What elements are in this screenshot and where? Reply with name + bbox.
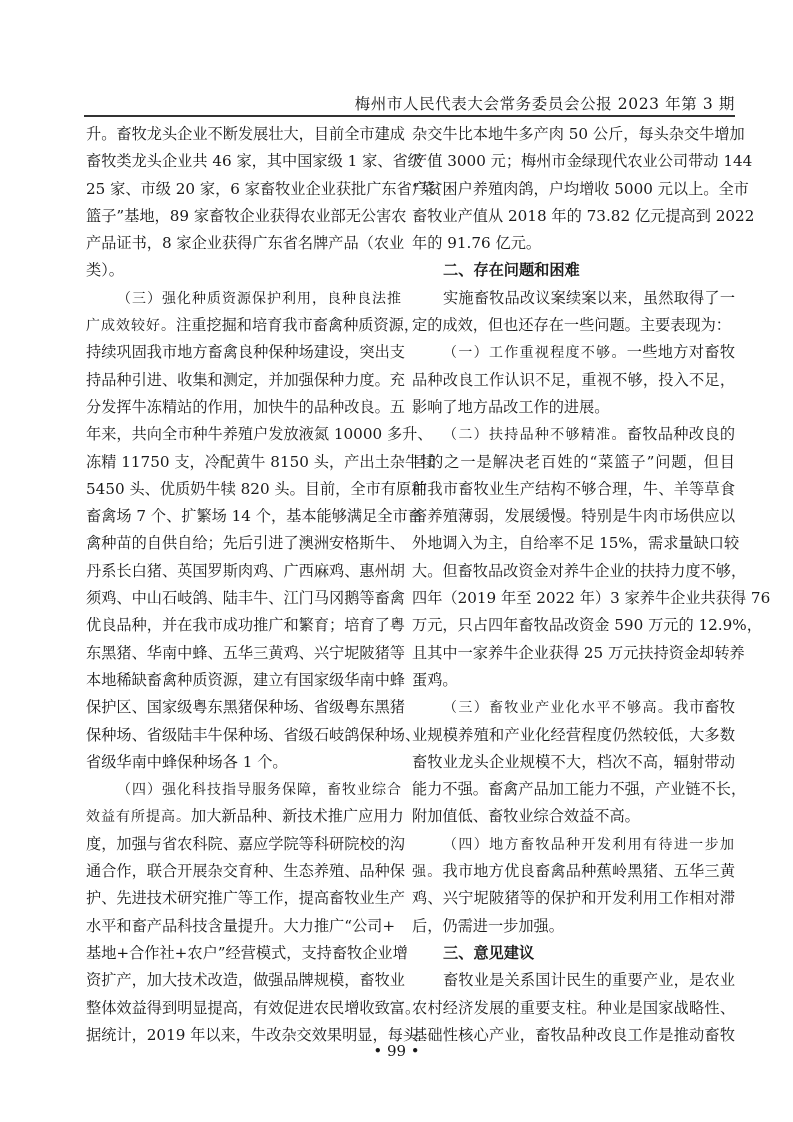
- paragraph-line: 万元，只占四年畜牧品改资金 590 万元的 12.9%，: [412, 612, 735, 639]
- paragraph-line: 通合作，联合开展杂交育种、生态养殖、品种保: [86, 858, 389, 885]
- paragraph-line: 保护区、国家级粤东黑猪保种场、省级粤东黑猪: [86, 694, 389, 721]
- paragraph-line: 资扩产，加大技术改造，做强品牌规模，畜牧业: [86, 967, 389, 994]
- paragraph-line: 畜牧业是关系国计民生的重要产业，是农业: [412, 967, 735, 994]
- paragraph-line: 分发挥牛冻精站的作用，加快牛的品种改良。五: [86, 394, 389, 421]
- paragraph-line: 基地+合作社+农户”经营模式，支持畜牧企业增: [86, 940, 389, 967]
- paragraph-line: 畜牧业产值从 2018 年的 73.82 亿元提高到 2022: [412, 203, 735, 230]
- paragraph-line: 大。但畜牧品改资金对养牛企业的扶持力度不够，: [412, 558, 735, 585]
- paragraph-line: 畜禽场 7 个、扩繁场 14 个，基本能够满足全市畜: [86, 503, 389, 530]
- paragraph-line: 业规模养殖和产业化经营程度仍然较低，大多数: [412, 722, 735, 749]
- paragraph-line: 东黑猪、华南中蜂、五华三黄鸡、兴宁坭陂猪等: [86, 640, 389, 667]
- paragraph-line: 产品证书，8 家企业获得广东省名牌产品（农业: [86, 230, 389, 257]
- section-heading: 三、意见建议: [412, 940, 735, 967]
- paragraph-line: 实施畜牧品改议案续案以来，虽然取得了一: [412, 285, 735, 312]
- paragraph-text: 加大新品种、新技术推广应用力: [191, 807, 404, 825]
- paragraph-line: 四年（2019 年至 2022 年）3 家养牛企业共获得 76: [412, 585, 735, 612]
- header-divider: [84, 115, 735, 117]
- paragraph-line: 水平和畜产品科技含量提升。大力推广“公司+: [86, 913, 389, 940]
- paragraph-line: 度，加强与省农科院、嘉应学院等科研院校的沟: [86, 831, 389, 858]
- subheading-line: （一）工作重视程度不够。一些地方对畜牧: [412, 339, 735, 366]
- subheading-text: （三）强化种质资源保护利用，良种良法推: [117, 291, 402, 307]
- paragraph-line: 丹系长白猪、英国罗斯肉鸡、广西麻鸡、惠州胡: [86, 558, 389, 585]
- paragraph-line: 产值 3000 元；梅州市金绿现代农业公司带动 144: [412, 148, 735, 175]
- paragraph-line: 农村经济发展的重要支柱。种业是国家战略性、: [412, 995, 735, 1022]
- subheading-text: （三）畜牧业产业化水平不够高。: [443, 700, 673, 716]
- paragraph-text: 一些地方对畜牧: [627, 343, 735, 361]
- paragraph-line: 年的 91.76 亿元。: [412, 230, 735, 257]
- subheading-line: 广成效较好。注重挖掘和培育我市畜禽种质资源，: [86, 312, 389, 339]
- paragraph-line: 前我市畜牧业生产结构不够合理，牛、羊等草食: [412, 476, 735, 503]
- paragraph-line: 目的之一是解决老百姓的“菜篮子”问题，但目: [412, 449, 735, 476]
- paragraph-line: 禽种苗的自供自给；先后引进了澳洲安格斯牛、: [86, 530, 389, 557]
- paragraph-line: 畜养殖薄弱，发展缓慢。特别是牛肉市场供应以: [412, 503, 735, 530]
- page-number: • 99 •: [0, 1042, 793, 1060]
- subheading-text: 强。: [412, 864, 442, 880]
- paragraph-line: 年来，共向全市种牛养殖户发放液氮 10000 多升、: [86, 421, 389, 448]
- paragraph-line: 类）。: [86, 257, 389, 284]
- paragraph-line: 优良品种，并在我市成功推广和繁育；培育了粤: [86, 612, 389, 639]
- paragraph-line: 持续巩固我市地方畜禽良种保种场建设，突出支: [86, 339, 389, 366]
- subheading-text: 广成效较好。: [86, 318, 176, 334]
- paragraph-line: 整体效益得到明显提高，有效促进农民增收致富。: [86, 995, 389, 1022]
- subheading-text: 效益有所提高。: [86, 809, 191, 825]
- subheading-line: （二）扶持品种不够精准。畜牧品种改良的: [412, 421, 735, 448]
- subheading-line: 强。我市地方优良畜禽品种蕉岭黑猪、五华三黄: [412, 858, 735, 885]
- publication-title: 梅州市人民代表大会常务委员会公报 2023 年第 3 期: [355, 92, 735, 114]
- paragraph-line: 畜牧业龙头企业规模不大，档次不高，辐射带动: [412, 749, 735, 776]
- paragraph-line: 品种改良工作认识不足，重视不够，投入不足，: [412, 367, 735, 394]
- paragraph-line: 影响了地方品改工作的进展。: [412, 394, 735, 421]
- paragraph-line: 定的成效，但也还存在一些问题。主要表现为：: [412, 312, 735, 339]
- subheading-line: （四）地方畜牧品种开发利用有待进一步加: [412, 831, 735, 858]
- paragraph-text: 注重挖掘和培育我市畜禽种质资源，: [176, 316, 419, 334]
- subheading-text: （二）扶持品种不够精准。: [443, 427, 627, 443]
- paragraph-line: 附加值低、畜牧业综合效益不高。: [412, 803, 735, 830]
- paragraph-line: 本地稀缺畜禽种质资源，建立有国家级华南中蜂: [86, 667, 389, 694]
- paragraph-line: 篮子”基地，89 家畜牧企业获得农业部无公害农: [86, 203, 389, 230]
- subheading-line: 效益有所提高。加大新品种、新技术推广应用力: [86, 803, 389, 830]
- subheading-line: （四）强化科技指导服务保障，畜牧业综合: [86, 776, 389, 803]
- paragraph-text: 我市畜牧: [673, 698, 735, 716]
- subheading-text: （四）强化科技指导服务保障，畜牧业综合: [117, 782, 402, 798]
- right-column: 杂交牛比本地牛多产肉 50 公斤，每头杂交牛增加产值 3000 元；梅州市金绿现…: [412, 121, 735, 1049]
- left-column: 升。畜牧龙头企业不断发展壮大，目前全市建成畜牧类龙头企业共 46 家，其中国家级…: [86, 121, 389, 1049]
- paragraph-line: 省级华南中蜂保种场各 1 个。: [86, 749, 389, 776]
- paragraph-line: 25 家、市级 20 家，6 家畜牧业企业获批广东省“菜: [86, 176, 389, 203]
- paragraph-line: 护、先进技术研究推广等工作，提高畜牧业生产: [86, 885, 389, 912]
- subheading-text: （一）工作重视程度不够。: [443, 345, 627, 361]
- paragraph-line: 户贫困户养殖肉鸽，户均增收 5000 元以上。全市: [412, 176, 735, 203]
- paragraph-line: 畜牧类龙头企业共 46 家，其中国家级 1 家、省级: [86, 148, 389, 175]
- paragraph-line: 杂交牛比本地牛多产肉 50 公斤，每头杂交牛增加: [412, 121, 735, 148]
- paragraph-line: 5450 头、优质奶牛犊 820 头。目前，全市有原种: [86, 476, 389, 503]
- subheading-text: （四）地方畜牧品种开发利用有待进一步加: [443, 837, 735, 853]
- subheading-line: （三）畜牧业产业化水平不够高。我市畜牧: [412, 694, 735, 721]
- paragraph-line: 蛋鸡。: [412, 667, 735, 694]
- paragraph-line: 持品种引进、收集和测定，并加强保种力度。充: [86, 367, 389, 394]
- paragraph-line: 保种场、省级陆丰牛保种场、省级石岐鸽保种场、: [86, 722, 389, 749]
- paragraph-text: 我市地方优良畜禽品种蕉岭黑猪、五华三黄: [442, 862, 735, 880]
- paragraph-line: 能力不强。畜禽产品加工能力不强，产业链不长，: [412, 776, 735, 803]
- paragraph-line: 且其中一家养牛企业获得 25 万元扶持资金却转养: [412, 640, 735, 667]
- page-header: 梅州市人民代表大会常务委员会公报 2023 年第 3 期: [84, 90, 735, 114]
- paragraph-line: 须鸡、中山石岐鸽、陆丰牛、江门马冈鹅等畜禽: [86, 585, 389, 612]
- subheading-line: （三）强化种质资源保护利用，良种良法推: [86, 285, 389, 312]
- paragraph-line: 冻精 11750 支，冷配黄牛 8150 头，产出土杂牛犊: [86, 449, 389, 476]
- section-heading: 二、存在问题和困难: [412, 257, 735, 284]
- paragraph-line: 鸡、兴宁坭陂猪等的保护和开发利用工作相对滞: [412, 885, 735, 912]
- paragraph-line: 后，仍需进一步加强。: [412, 913, 735, 940]
- paragraph-line: 升。畜牧龙头企业不断发展壮大，目前全市建成: [86, 121, 389, 148]
- paragraph-line: 外地调入为主，自给率不足 15%，需求量缺口较: [412, 530, 735, 557]
- paragraph-text: 畜牧品种改良的: [627, 425, 735, 443]
